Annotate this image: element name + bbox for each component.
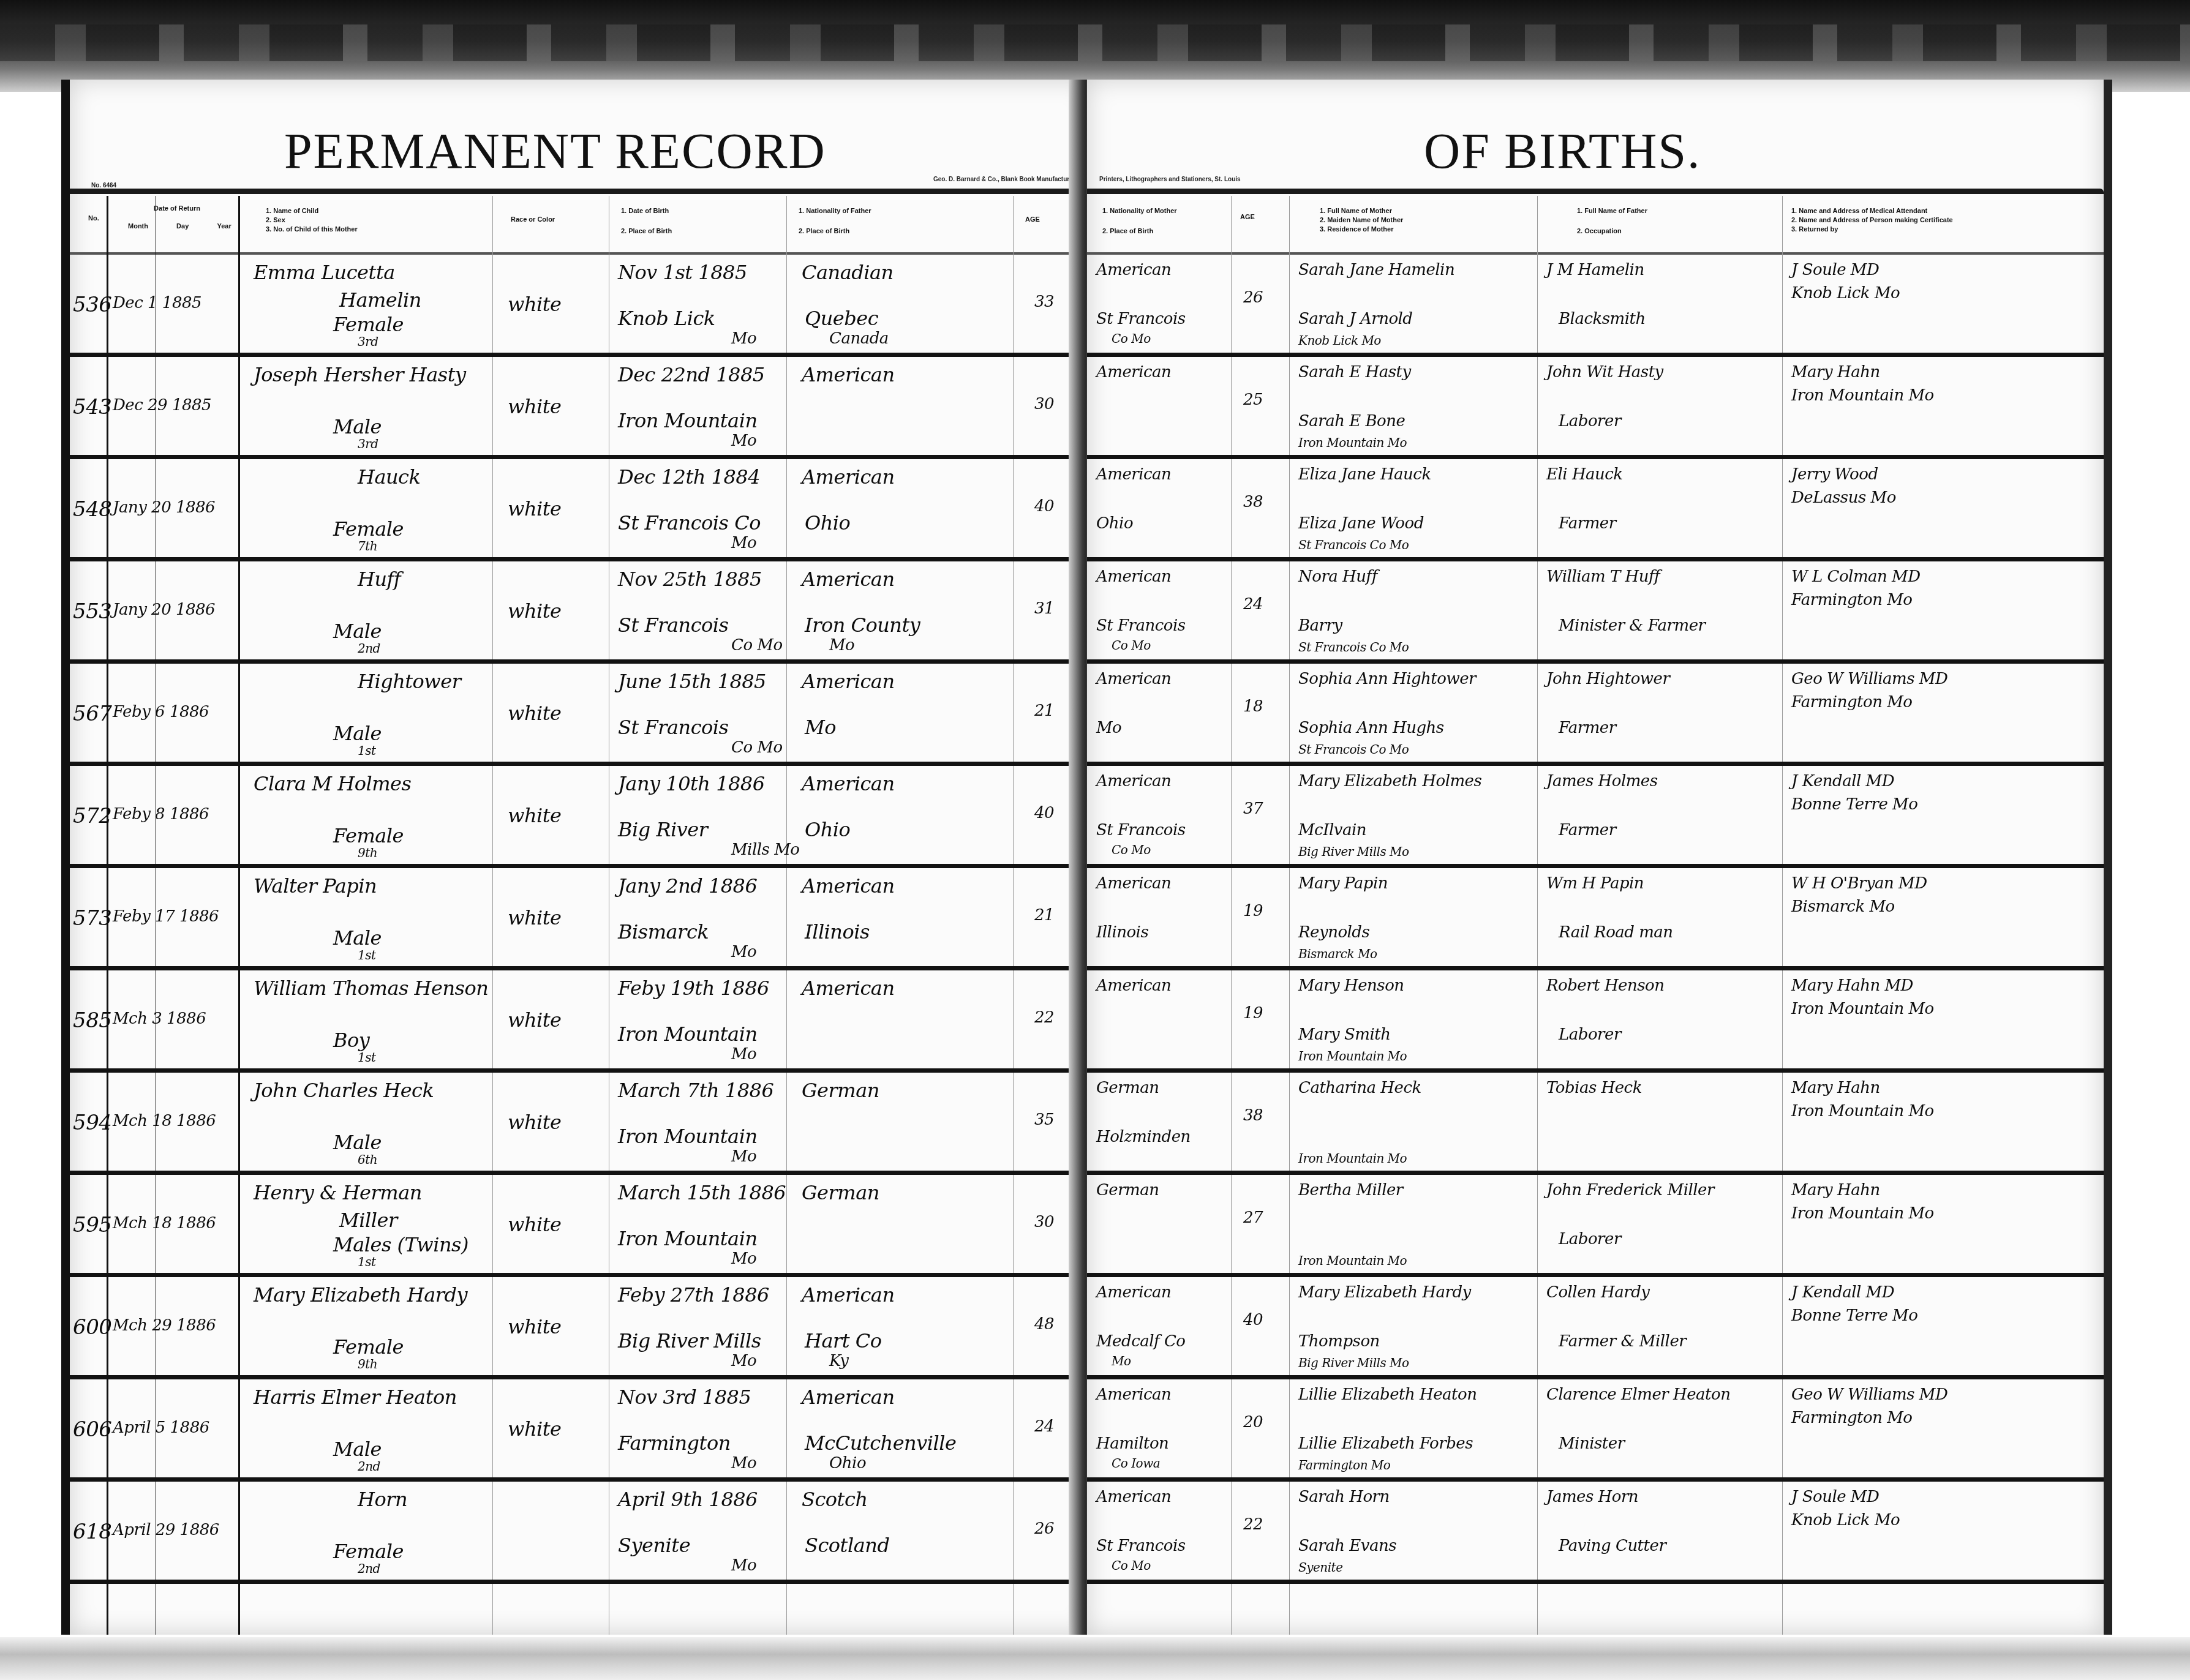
mother-full-name: Lillie Elizabeth Heaton: [1298, 1386, 1477, 1404]
father-full-name: J M Hamelin: [1546, 261, 1644, 279]
child-number: 3rd: [358, 437, 378, 451]
mother-birthplace: Illinois: [1096, 923, 1148, 942]
father-full-name: Clarence Elmer Heaton: [1546, 1386, 1730, 1404]
mother-maiden-name: Mary Smith: [1298, 1026, 1390, 1044]
father-nationality: German: [802, 1079, 879, 1102]
father-nationality: American: [802, 874, 895, 898]
return-date: Dec 1 1885: [113, 294, 201, 312]
father-nationality: American: [802, 568, 895, 591]
birth-date: April 9th 1886: [618, 1488, 758, 1511]
record-row: AmericanOhio38Eliza Jane HauckEliza Jane…: [1087, 459, 2104, 561]
attendant-address: Iron Mountain Mo: [1791, 1102, 1934, 1120]
return-date: Dec 29 1885: [113, 396, 211, 414]
birth-place-line2: Mo: [731, 534, 756, 552]
father-nationality: American: [802, 363, 895, 386]
mother-nationality: American: [1096, 261, 1171, 279]
child-sex: Male: [333, 722, 382, 745]
mother-nationality: German: [1096, 1079, 1159, 1097]
scan-border-bottom: [0, 1637, 2190, 1680]
record-row: AmericanSt FrancoisCo Mo37Mary Elizabeth…: [1087, 766, 2104, 868]
child-surname: Hamelin: [339, 288, 421, 312]
mother-full-name: Catharina Heck: [1298, 1079, 1421, 1097]
return-date: April 5 1886: [113, 1419, 209, 1437]
mother-residence: Knob Lick Mo: [1298, 333, 1381, 348]
mother-full-name: Sarah E Hasty: [1298, 363, 1411, 381]
return-date: Feby 17 1886: [113, 907, 219, 926]
column-headers-left: No. Date of Return Month Day Year 1. Nam…: [70, 196, 1093, 255]
birth-place: Farmington: [618, 1431, 731, 1455]
record-row: 606April 5 1886Harris Elmer HeatonMale2n…: [70, 1379, 1093, 1482]
mother-birthplace-line2: Co Mo: [1112, 1558, 1151, 1573]
father-occupation: Blacksmith: [1559, 310, 1646, 328]
child-number: 9th: [358, 846, 377, 860]
birth-date: Nov 3rd 1885: [618, 1386, 751, 1409]
record-row: 548Jany 20 1886HauckFemale7thwhiteDec 12…: [70, 459, 1093, 561]
child-sex: Female: [333, 1335, 404, 1359]
race: white: [508, 1417, 562, 1441]
race: white: [508, 599, 562, 623]
return-date: Mch 3 1886: [113, 1010, 206, 1028]
child-number: 1st: [358, 1254, 376, 1269]
birth-date: Feby 27th 1886: [618, 1283, 769, 1307]
father-birthplace: McCutchenville: [805, 1431, 956, 1455]
child-surname: Horn: [358, 1488, 407, 1511]
attendant-address: DeLassus Mo: [1791, 489, 1896, 507]
father-occupation: Laborer: [1559, 1230, 1621, 1248]
father-birthplace-line2: Canada: [829, 329, 889, 348]
mother-full-name: Mary Elizabeth Hardy: [1298, 1283, 1471, 1302]
page-title-left: PERMANENT RECORD: [284, 122, 826, 180]
record-row: 585Mch 3 1886William Thomas HensonBoy1st…: [70, 970, 1093, 1073]
child-name: Emma Lucetta: [254, 261, 395, 284]
race: white: [508, 1315, 562, 1338]
mother-residence: St Francois Co Mo: [1298, 640, 1409, 654]
father-age: 30: [1034, 395, 1054, 413]
mother-residence: Iron Mountain Mo: [1298, 435, 1407, 450]
race: white: [508, 1008, 562, 1032]
records-right: AmericanSt FrancoisCo Mo26Sarah Jane Ham…: [1087, 255, 2104, 1584]
attendant-address: Knob Lick Mo: [1791, 284, 1900, 302]
birth-place: St Francois: [618, 716, 728, 739]
birth-place-line2: Mo: [731, 432, 756, 450]
child-number: 6th: [358, 1152, 377, 1167]
mother-full-name: Bertha Miller: [1298, 1181, 1403, 1199]
birth-place-line2: Mo: [731, 1045, 756, 1063]
mother-maiden-name: McIlvain: [1298, 821, 1366, 839]
mother-birthplace: Ohio: [1096, 514, 1133, 533]
mother-maiden-name: Sarah J Arnold: [1298, 310, 1413, 328]
record-row: AmericanSt FrancoisCo Mo24Nora HuffBarry…: [1087, 561, 2104, 664]
mother-residence: Syenite: [1298, 1560, 1343, 1575]
scan-border-top: [0, 0, 2190, 92]
birth-date: March 15th 1886: [618, 1181, 786, 1204]
father-age: 30: [1034, 1213, 1054, 1231]
mother-age: 38: [1243, 1106, 1263, 1125]
father-age: 40: [1034, 804, 1054, 822]
record-row: AmericanMo18Sophia Ann HightowerSophia A…: [1087, 664, 2104, 766]
father-full-name: William T Huff: [1546, 568, 1660, 586]
mother-age: 19: [1243, 1004, 1263, 1022]
mother-full-name: Sophia Ann Hightower: [1298, 670, 1476, 688]
mother-maiden-name: Eliza Jane Wood: [1298, 514, 1424, 533]
father-birthplace: Ohio: [805, 511, 850, 534]
birth-date: Dec 12th 1884: [618, 465, 760, 489]
medical-attendant: Mary Hahn: [1791, 1079, 1880, 1097]
father-full-name: John Wit Hasty: [1546, 363, 1663, 381]
mother-full-name: Eliza Jane Hauck: [1298, 465, 1431, 484]
mother-residence: Big River Mills Mo: [1298, 844, 1409, 859]
child-number: 3rd: [358, 334, 378, 349]
child-name: Henry & Herman: [254, 1181, 422, 1204]
medical-attendant: W L Colman MD: [1791, 568, 1921, 586]
father-full-name: James Holmes: [1546, 772, 1658, 790]
header-date-of-return: Date of Return Month Day Year: [128, 204, 226, 261]
birth-date: Dec 22nd 1885: [618, 363, 765, 386]
child-surname: Hightower: [358, 670, 461, 693]
father-occupation: Farmer: [1559, 719, 1616, 737]
record-row: AmericanIllinois19Mary PapinReynoldsBism…: [1087, 868, 2104, 970]
father-age: 21: [1034, 906, 1054, 924]
medical-attendant: Geo W Williams MD: [1791, 1386, 1947, 1404]
father-birthplace: Ohio: [805, 818, 850, 841]
child-surname: Huff: [358, 568, 401, 591]
page-title-right: OF BIRTHS.: [1424, 122, 1701, 180]
father-occupation: Minister: [1559, 1434, 1625, 1453]
header-rule: [1087, 189, 2104, 194]
child-sex: Female: [333, 313, 404, 336]
mother-birthplace: St Francois: [1096, 821, 1186, 839]
record-row: American19Mary HensonMary SmithIron Moun…: [1087, 970, 2104, 1073]
return-date: Feby 6 1886: [113, 703, 209, 721]
child-sex: Males (Twins): [333, 1233, 468, 1256]
mother-residence: Big River Mills Mo: [1298, 1356, 1409, 1370]
mother-residence: Bismarck Mo: [1298, 947, 1377, 961]
record-row: AmericanSt FrancoisCo Mo22Sarah HornSara…: [1087, 1482, 2104, 1584]
attendant-address: Farmington Mo: [1791, 591, 1912, 609]
birth-place-line2: Mo: [731, 1147, 756, 1166]
father-full-name: John Frederick Miller: [1546, 1181, 1714, 1199]
birth-place-line2: Mo: [731, 1454, 756, 1472]
child-number: 9th: [358, 1357, 377, 1371]
birth-place: Iron Mountain: [618, 1227, 758, 1250]
race: white: [508, 293, 562, 316]
father-age: 33: [1034, 293, 1054, 311]
child-name: Harris Elmer Heaton: [254, 1386, 457, 1409]
mother-age: 19: [1243, 902, 1263, 920]
mother-nationality: American: [1096, 363, 1171, 381]
father-occupation: Laborer: [1559, 412, 1621, 430]
child-sex: Male: [333, 415, 382, 438]
birth-place-line2: Co Mo: [731, 738, 783, 757]
return-date: Mch 18 1886: [113, 1112, 216, 1130]
attendant-address: Iron Mountain Mo: [1791, 1000, 1934, 1018]
mother-age: 37: [1243, 800, 1263, 818]
record-number: 567: [73, 702, 111, 726]
records-left: 536Dec 1 1885Emma LucettaHamelinFemale3r…: [70, 255, 1093, 1584]
record-row: 536Dec 1 1885Emma LucettaHamelinFemale3r…: [70, 255, 1093, 357]
child-number: 2nd: [358, 1459, 380, 1474]
father-birthplace-line2: Ky: [829, 1352, 848, 1370]
father-age: 24: [1034, 1417, 1054, 1436]
father-nationality: American: [802, 977, 895, 1000]
return-date: Mch 18 1886: [113, 1214, 216, 1232]
father-nationality: American: [802, 1386, 895, 1409]
record-row: 543Dec 29 1885Joseph Hersher HastyMale3r…: [70, 357, 1093, 459]
birth-place-line2: Mills Mo: [731, 841, 799, 859]
record-number: 594: [73, 1111, 111, 1135]
return-date: Mch 29 1886: [113, 1316, 216, 1335]
child-name: John Charles Heck: [254, 1079, 434, 1102]
mother-nationality: American: [1096, 1283, 1171, 1302]
child-surname: Miller: [339, 1209, 397, 1232]
child-name: Mary Elizabeth Hardy: [254, 1283, 467, 1307]
father-nationality: Scotch: [802, 1488, 868, 1511]
mother-nationality: American: [1096, 874, 1171, 893]
mother-maiden-name: Sarah E Bone: [1298, 412, 1405, 430]
birth-place: Syenite: [618, 1534, 690, 1557]
mother-residence: Farmington Mo: [1298, 1458, 1390, 1472]
mother-birthplace: St Francois: [1096, 310, 1186, 328]
medical-attendant: J Kendall MD: [1791, 1283, 1894, 1302]
birth-date: Feby 19th 1886: [618, 977, 769, 1000]
record-row: 600Mch 29 1886Mary Elizabeth HardyFemale…: [70, 1277, 1093, 1379]
father-age: 31: [1034, 599, 1054, 618]
mother-nationality: American: [1096, 670, 1171, 688]
child-sex: Male: [333, 926, 382, 950]
mother-age: 26: [1243, 288, 1263, 307]
mother-age: 18: [1243, 697, 1263, 716]
mother-nationality: American: [1096, 465, 1171, 484]
father-birthplace: Mo: [805, 716, 836, 739]
birth-date: March 7th 1886: [618, 1079, 773, 1102]
race: white: [508, 702, 562, 725]
return-date: Feby 8 1886: [113, 805, 209, 823]
child-number: 2nd: [358, 641, 380, 656]
mother-age: 22: [1243, 1515, 1263, 1534]
father-occupation: Minister & Farmer: [1559, 617, 1705, 635]
father-birthplace: Scotland: [805, 1534, 889, 1557]
father-occupation: Laborer: [1559, 1026, 1621, 1044]
birth-place-line2: Mo: [731, 943, 756, 961]
attendant-address: Farmington Mo: [1791, 1409, 1912, 1427]
record-row: 573Feby 17 1886Walter PapinMale1stwhiteJ…: [70, 868, 1093, 970]
record-row: 572Feby 8 1886Clara M HolmesFemale9thwhi…: [70, 766, 1093, 868]
attendant-address: Bonne Terre Mo: [1791, 795, 1917, 814]
attendant-address: Iron Mountain Mo: [1791, 1204, 1934, 1223]
right-page: OF BIRTHS. Printers, Lithographers and S…: [1087, 80, 2112, 1635]
father-occupation: Rail Road man: [1559, 923, 1673, 942]
father-age: 40: [1034, 497, 1054, 516]
father-occupation: Farmer: [1559, 821, 1616, 839]
child-number: 1st: [358, 948, 376, 962]
record-row: AmericanSt FrancoisCo Mo26Sarah Jane Ham…: [1087, 255, 2104, 357]
mother-maiden-name: Reynolds: [1298, 923, 1369, 942]
birth-place: Bismarck: [618, 920, 709, 943]
mother-nationality: German: [1096, 1181, 1159, 1199]
father-birthplace: Hart Co: [805, 1329, 882, 1352]
father-age: 48: [1034, 1315, 1054, 1333]
mother-residence: Iron Mountain Mo: [1298, 1151, 1407, 1166]
mother-residence: Iron Mountain Mo: [1298, 1253, 1407, 1268]
father-nationality: American: [802, 772, 895, 795]
father-full-name: Collen Hardy: [1546, 1283, 1650, 1302]
record-row: 553Jany 20 1886HuffMale2ndwhiteNov 25th …: [70, 561, 1093, 664]
father-age: 26: [1034, 1520, 1054, 1538]
father-full-name: Eli Hauck: [1546, 465, 1623, 484]
father-birthplace: Quebec: [805, 307, 878, 330]
attendant-address: Bonne Terre Mo: [1791, 1307, 1917, 1325]
record-row: AmericanHamiltonCo Iowa20Lillie Elizabet…: [1087, 1379, 2104, 1482]
child-name: Walter Papin: [254, 874, 377, 898]
mother-nationality: American: [1096, 772, 1171, 790]
record-number: 600: [73, 1315, 111, 1340]
child-number: 7th: [358, 539, 377, 553]
child-name: William Thomas Henson: [254, 977, 488, 1000]
medical-attendant: Mary Hahn MD: [1791, 977, 1913, 995]
mother-residence: Iron Mountain Mo: [1298, 1049, 1407, 1063]
mother-age: 40: [1243, 1311, 1263, 1329]
race: white: [508, 1213, 562, 1236]
mother-maiden-name: Sophia Ann Hughs: [1298, 719, 1444, 737]
father-full-name: Robert Henson: [1546, 977, 1664, 995]
child-sex: Female: [333, 1540, 404, 1563]
record-row: American25Sarah E HastySarah E BoneIron …: [1087, 357, 2104, 459]
return-date: Jany 20 1886: [113, 498, 215, 517]
record-row: 618April 29 1886HornFemale2ndApril 9th 1…: [70, 1482, 1093, 1584]
mother-maiden-name: Barry: [1298, 617, 1342, 635]
mother-birthplace: Hamilton: [1096, 1434, 1168, 1453]
mother-nationality: American: [1096, 568, 1171, 586]
mother-birthplace-line2: Co Iowa: [1112, 1456, 1160, 1471]
mother-nationality: American: [1096, 1386, 1171, 1404]
mother-full-name: Mary Papin: [1298, 874, 1388, 893]
father-birthplace-line2: Mo: [829, 636, 854, 654]
medical-attendant: J Soule MD: [1791, 261, 1879, 279]
birth-place-line2: Mo: [731, 1250, 756, 1268]
father-age: 22: [1034, 1008, 1054, 1027]
mother-age: 24: [1243, 595, 1263, 613]
birth-place: St Francois Co: [618, 511, 761, 534]
father-age: 35: [1034, 1111, 1054, 1129]
medical-attendant: Mary Hahn: [1791, 363, 1880, 381]
mother-birthplace-line2: Co Mo: [1112, 331, 1151, 346]
race: white: [508, 1111, 562, 1134]
mother-age: 27: [1243, 1209, 1263, 1227]
mother-age: 38: [1243, 493, 1263, 511]
medical-attendant: Mary Hahn: [1791, 1181, 1880, 1199]
record-number: 595: [73, 1213, 111, 1237]
mother-maiden-name: Thompson: [1298, 1332, 1380, 1351]
mother-full-name: Sarah Horn: [1298, 1488, 1390, 1506]
record-number: 536: [73, 293, 111, 317]
birth-place: St Francois: [618, 613, 728, 637]
father-full-name: John Hightower: [1546, 670, 1669, 688]
father-nationality: American: [802, 1283, 895, 1307]
child-sex: Boy: [333, 1029, 369, 1052]
father-nationality: American: [802, 670, 895, 693]
father-nationality: American: [802, 465, 895, 489]
record-row: 595Mch 18 1886Henry & HermanMillerMales …: [70, 1175, 1093, 1277]
father-birthplace: Iron County: [805, 613, 920, 637]
race: white: [508, 395, 562, 418]
record-number: 543: [73, 395, 111, 419]
father-nationality: Canadian: [802, 261, 894, 284]
birth-place: Big River: [618, 818, 708, 841]
record-number: 585: [73, 1008, 111, 1033]
mother-birthplace: Holzminden: [1096, 1128, 1191, 1146]
birth-place: Knob Lick: [618, 307, 715, 330]
father-birthplace: Illinois: [805, 920, 870, 943]
birth-place-line2: Co Mo: [731, 636, 783, 654]
record-row: 594Mch 18 1886John Charles HeckMale6thwh…: [70, 1073, 1093, 1175]
child-name: Joseph Hersher Hasty: [254, 363, 466, 386]
child-sex: Female: [333, 824, 404, 847]
father-occupation: Farmer: [1559, 514, 1616, 533]
father-age: 21: [1034, 702, 1054, 720]
mother-birthplace-line2: Co Mo: [1112, 638, 1151, 653]
mother-age: 25: [1243, 391, 1263, 409]
attendant-address: Knob Lick Mo: [1791, 1511, 1900, 1529]
record-number: 553: [73, 599, 111, 624]
mother-residence: St Francois Co Mo: [1298, 538, 1409, 552]
child-number: 1st: [358, 1050, 376, 1065]
father-full-name: James Horn: [1546, 1488, 1638, 1506]
attendant-address: Bismarck Mo: [1791, 898, 1895, 916]
mother-birthplace-line2: Mo: [1112, 1354, 1131, 1368]
father-occupation: Farmer & Miller: [1559, 1332, 1686, 1351]
record-number: 618: [73, 1520, 111, 1544]
mother-full-name: Mary Henson: [1298, 977, 1404, 995]
header-rule: [70, 189, 1093, 194]
mother-birthplace: St Francois: [1096, 1537, 1186, 1555]
birth-date: Nov 25th 1885: [618, 568, 762, 591]
record-number: 548: [73, 497, 111, 522]
record-number: 572: [73, 804, 111, 828]
mother-birthplace: Mo: [1096, 719, 1121, 737]
record-row: GermanHolzminden38Catharina HeckIron Mou…: [1087, 1073, 2104, 1175]
medical-attendant: J Kendall MD: [1791, 772, 1894, 790]
mother-birthplace: Medcalf Co: [1096, 1332, 1185, 1351]
birth-date: Jany 2nd 1886: [618, 874, 757, 898]
mother-residence: St Francois Co Mo: [1298, 742, 1409, 757]
race: white: [508, 497, 562, 520]
child-sex: Male: [333, 620, 382, 643]
attendant-address: Farmington Mo: [1791, 693, 1912, 711]
birth-date: June 15th 1885: [618, 670, 766, 693]
birth-date: Jany 10th 1886: [618, 772, 765, 795]
birth-place-line2: Mo: [731, 329, 756, 348]
mother-maiden-name: Sarah Evans: [1298, 1537, 1396, 1555]
column-headers-right: 1. Nationality of Mother 2. Place of Bir…: [1087, 196, 2104, 255]
race: white: [508, 804, 562, 827]
child-sex: Male: [333, 1438, 382, 1461]
record-number: 606: [73, 1417, 111, 1442]
record-number: 573: [73, 906, 111, 931]
mother-full-name: Mary Elizabeth Holmes: [1298, 772, 1481, 790]
medical-attendant: Jerry Wood: [1791, 465, 1878, 484]
child-surname: Hauck: [358, 465, 420, 489]
record-row: AmericanMedcalf CoMo40Mary Elizabeth Har…: [1087, 1277, 2104, 1379]
birth-place: Iron Mountain: [618, 1125, 758, 1148]
birth-place-line2: Mo: [731, 1352, 756, 1370]
father-full-name: Wm H Papin: [1546, 874, 1644, 893]
child-sex: Male: [333, 1131, 382, 1154]
left-page: PERMANENT RECORD No. 6464 Geo. D. Barnar…: [61, 80, 1093, 1635]
record-row: German27Bertha MillerIron Mountain MoJoh…: [1087, 1175, 2104, 1277]
attendant-address: Iron Mountain Mo: [1791, 386, 1934, 405]
race: white: [508, 906, 562, 929]
mother-full-name: Sarah Jane Hamelin: [1298, 261, 1454, 279]
